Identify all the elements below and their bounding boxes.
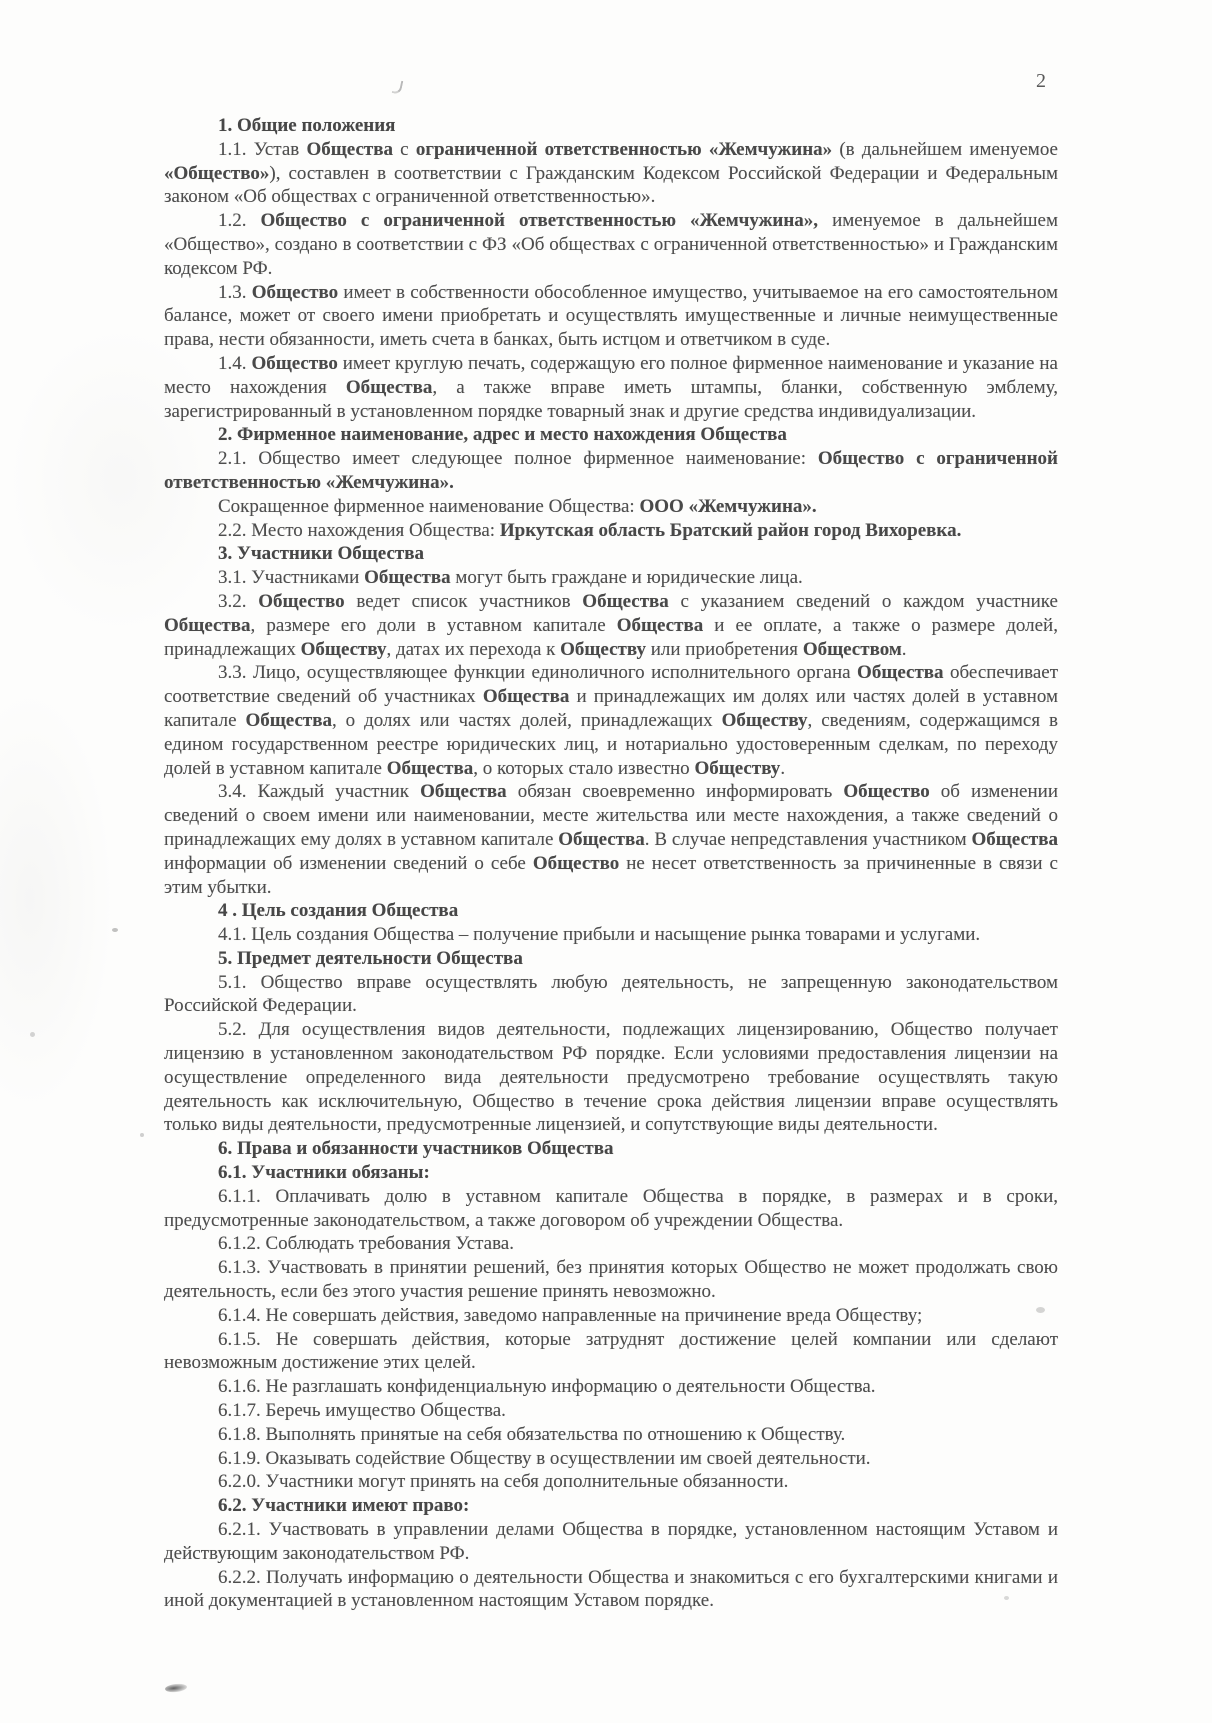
paragraph: 6.2.2. Получать информацию о деятельност…: [164, 1566, 1058, 1614]
text-segment: 6.1.4. Не совершать действия, заведомо н…: [218, 1305, 922, 1326]
text-segment: 6.1.3. Участвовать в принятии решений, б…: [164, 1257, 1058, 1302]
text-segment: , датах их перехода к: [387, 639, 561, 660]
text-segment: Обществу: [560, 639, 646, 660]
text-segment: Общество: [843, 781, 929, 802]
section-heading: 3. Участники Общества: [164, 542, 1058, 566]
text-segment: ), составлен в соответствии с Граждански…: [164, 163, 1058, 208]
text-segment: 3.1. Участниками: [218, 567, 364, 588]
paragraph: 6.1.9. Оказывать содействие Обществу в о…: [164, 1447, 1058, 1471]
text-segment: , о которых стало известно: [473, 758, 694, 779]
text-segment: 6.2. Участники имеют право:: [218, 1495, 469, 1516]
paragraph: 6.1.1. Оплачивать долю в уставном капита…: [164, 1185, 1058, 1233]
document-content: 1. Общие положения1.1. Устав Общества с …: [164, 114, 1058, 1613]
paragraph: 6.1.4. Не совершать действия, заведомо н…: [164, 1304, 1058, 1328]
section-heading: 6.1. Участники обязаны:: [164, 1161, 1058, 1185]
text-segment: Общества: [306, 139, 393, 160]
text-segment: «Общество»: [164, 163, 269, 184]
text-segment: с: [393, 139, 416, 160]
paragraph: 3.3. Лицо, осуществляющее функции единол…: [164, 661, 1058, 780]
scanned-document-page: { "page": { "number": "2" }, "document":…: [0, 0, 1212, 1723]
section-heading: 5. Предмет деятельности Общества: [164, 947, 1058, 971]
text-segment: 3. Участники Общества: [218, 543, 424, 564]
paragraph: 4.1. Цель создания Общества – получение …: [164, 923, 1058, 947]
paragraph: 1.1. Устав Общества с ограниченной ответ…: [164, 138, 1058, 209]
text-segment: .: [780, 758, 785, 779]
text-segment: , о долях или частях долей, принадлежащи…: [332, 710, 722, 731]
text-segment: Общество с ограниченной ответственностью…: [261, 210, 819, 231]
scan-artifact: [165, 1683, 188, 1693]
paragraph: 5.1. Общество вправе осуществлять любую …: [164, 971, 1058, 1019]
section-heading: 6. Права и обязанности участников Общест…: [164, 1137, 1058, 1161]
text-segment: 3.3. Лицо, осуществляющее функции единол…: [218, 662, 857, 683]
paragraph: 3.1. Участниками Общества могут быть гра…: [164, 566, 1058, 590]
text-segment: , размере его доли в уставном капитале: [251, 615, 617, 636]
text-segment: Общество: [258, 591, 344, 612]
text-segment: ООО «Жемчужина».: [639, 496, 816, 517]
text-segment: .: [902, 639, 907, 660]
text-segment: 4.1. Цель создания Общества – получение …: [218, 924, 980, 945]
text-segment: Общества: [364, 567, 451, 588]
paragraph: 1.2. Общество с ограниченной ответственн…: [164, 209, 1058, 280]
text-segment: 6.1. Участники обязаны:: [218, 1162, 430, 1183]
scan-artifact: [140, 1133, 144, 1137]
section-heading: 6.2. Участники имеют право:: [164, 1494, 1058, 1518]
paragraph: 2.2. Место нахождения Общества: Иркутска…: [164, 519, 1058, 543]
text-segment: Общество: [252, 282, 338, 303]
text-segment: 6.1.6. Не разглашать конфиденциальную ин…: [218, 1376, 876, 1397]
text-segment: Общества: [857, 662, 944, 683]
text-segment: 6.2.2. Получать информацию о деятельност…: [164, 1567, 1058, 1612]
paragraph: Сокращенное фирменное наименование Общес…: [164, 495, 1058, 519]
text-segment: Общество: [533, 853, 619, 874]
text-segment: 3.2.: [218, 591, 258, 612]
text-segment: Общества: [245, 710, 332, 731]
text-segment: Общество: [251, 353, 337, 374]
text-segment: 6.1.7. Беречь имущество Общества.: [218, 1400, 506, 1421]
text-segment: Общества: [164, 615, 251, 636]
text-segment: 5.2. Для осуществления видов деятельност…: [164, 1019, 1058, 1135]
text-segment: Общества: [617, 615, 704, 636]
text-segment: Общества: [420, 781, 507, 802]
paragraph: 6.2.1. Участвовать в управлении делами О…: [164, 1518, 1058, 1566]
text-segment: 6.1.5. Не совершать действия, которые за…: [164, 1329, 1058, 1374]
section-heading: 2. Фирменное наименование, адрес и место…: [164, 423, 1058, 447]
text-segment: . В случае непредставления участником: [645, 829, 972, 850]
paragraph: 1.3. Общество имеет в собственности обос…: [164, 281, 1058, 352]
scan-artifact: [30, 1032, 35, 1037]
text-segment: информации об изменении сведений о себе: [164, 853, 533, 874]
text-segment: 2.1. Общество имеет следующее полное фир…: [218, 448, 818, 469]
text-segment: 6.1.9. Оказывать содействие Обществу в о…: [218, 1448, 871, 1469]
text-segment: 6.2.1. Участвовать в управлении делами О…: [164, 1519, 1058, 1564]
text-segment: 1.2.: [218, 210, 261, 231]
text-segment: обязан своевременно информировать: [507, 781, 844, 802]
text-segment: (в дальнейшем именуемое: [832, 139, 1058, 160]
text-segment: Общества: [483, 686, 570, 707]
section-heading: 1. Общие положения: [164, 114, 1058, 138]
text-segment: Обществом: [803, 639, 902, 660]
text-segment: Общества: [346, 377, 433, 398]
text-segment: 2. Фирменное наименование, адрес и место…: [218, 424, 787, 445]
text-segment: Обществу: [301, 639, 387, 660]
text-segment: 4 . Цель создания Общества: [218, 900, 458, 921]
text-segment: 5.1. Общество вправе осуществлять любую …: [164, 972, 1058, 1017]
text-segment: 6. Права и обязанности участников Общест…: [218, 1138, 613, 1159]
paragraph: 6.1.8. Выполнять принятые на себя обязат…: [164, 1423, 1058, 1447]
text-segment: Иркутская область Братский район город В…: [500, 520, 962, 541]
paragraph: 6.1.5. Не совершать действия, которые за…: [164, 1328, 1058, 1376]
text-segment: могут быть граждане и юридические лица.: [451, 567, 803, 588]
paragraph: 6.1.3. Участвовать в принятии решений, б…: [164, 1256, 1058, 1304]
paragraph: 3.4. Каждый участник Общества обязан сво…: [164, 780, 1058, 899]
text-segment: с указанием сведений о каждом участнике: [669, 591, 1058, 612]
text-segment: 6.1.2. Соблюдать требования Устава.: [218, 1233, 514, 1254]
text-segment: Обществу: [694, 758, 780, 779]
scan-artifact: [112, 928, 118, 932]
paragraph: 5.2. Для осуществления видов деятельност…: [164, 1018, 1058, 1137]
text-segment: или приобретения: [646, 639, 803, 660]
paragraph: 6.2.0. Участники могут принять на себя д…: [164, 1470, 1058, 1494]
paragraph: 2.1. Общество имеет следующее полное фир…: [164, 447, 1058, 495]
text-segment: 1.3.: [218, 282, 252, 303]
paragraph: 6.1.6. Не разглашать конфиденциальную ин…: [164, 1375, 1058, 1399]
text-segment: 1.1. Устав: [218, 139, 306, 160]
text-segment: 5. Предмет деятельности Общества: [218, 948, 523, 969]
text-segment: Общества: [558, 829, 645, 850]
page-number: 2: [1036, 70, 1046, 93]
text-segment: ограниченной ответственностью «Жемчужина…: [416, 139, 832, 160]
paragraph: 6.1.7. Беречь имущество Общества.: [164, 1399, 1058, 1423]
text-segment: 6.1.1. Оплачивать долю в уставном капита…: [164, 1186, 1058, 1231]
text-segment: 6.2.0. Участники могут принять на себя д…: [218, 1471, 788, 1492]
text-segment: 2.2. Место нахождения Общества:: [218, 520, 500, 541]
paragraph: 6.1.2. Соблюдать требования Устава.: [164, 1232, 1058, 1256]
section-heading: 4 . Цель создания Общества: [164, 899, 1058, 923]
text-segment: 3.4. Каждый участник: [218, 781, 420, 802]
text-segment: Общества: [971, 829, 1058, 850]
text-segment: Общества: [387, 758, 474, 779]
text-segment: 6.1.8. Выполнять принятые на себя обязат…: [218, 1424, 845, 1445]
paragraph: 3.2. Общество ведет список участников Об…: [164, 590, 1058, 661]
text-segment: Сокращенное фирменное наименование Общес…: [218, 496, 639, 517]
scan-artifact: [392, 79, 404, 95]
text-segment: 1.4.: [218, 353, 251, 374]
text-segment: Обществу: [722, 710, 808, 731]
paragraph: 1.4. Общество имеет круглую печать, соде…: [164, 352, 1058, 423]
text-segment: 1. Общие положения: [218, 115, 395, 136]
text-segment: Общества: [582, 591, 669, 612]
text-segment: ведет список участников: [345, 591, 583, 612]
